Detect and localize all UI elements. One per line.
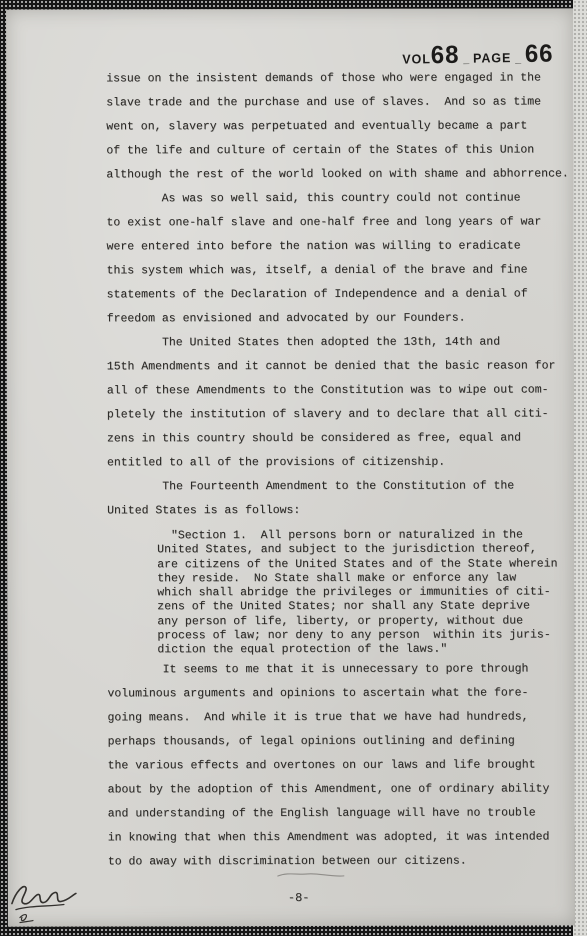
- paragraph-continued: issue on the insistent demands of those …: [106, 66, 573, 187]
- paragraph-it-seems-to-me: It seems to me that it is unnecessary to…: [107, 657, 574, 874]
- paragraph-as-was-so-well-said: As was so well said, this country could …: [106, 186, 573, 331]
- pencil-stroke: [276, 869, 346, 883]
- blockquote-section-1: "Section 1. All persons born or naturali…: [157, 528, 574, 658]
- scanned-document-page: VOL 68 _ PAGE _ 66 issue on the insisten…: [0, 0, 587, 936]
- paragraph-amendments-adopted: The United States then adopted the 13th,…: [107, 330, 574, 475]
- paragraph-fourteenth-amendment-intro: The Fourteenth Amendment to the Constitu…: [107, 474, 574, 523]
- paper-sheet: VOL 68 _ PAGE _ 66 issue on the insisten…: [6, 8, 575, 926]
- scan-edge-band: [573, 0, 587, 936]
- handwritten-initials: [8, 877, 90, 929]
- page-number: -8-: [288, 891, 310, 905]
- typed-text-column: issue on the insistent demands of those …: [6, 8, 575, 874]
